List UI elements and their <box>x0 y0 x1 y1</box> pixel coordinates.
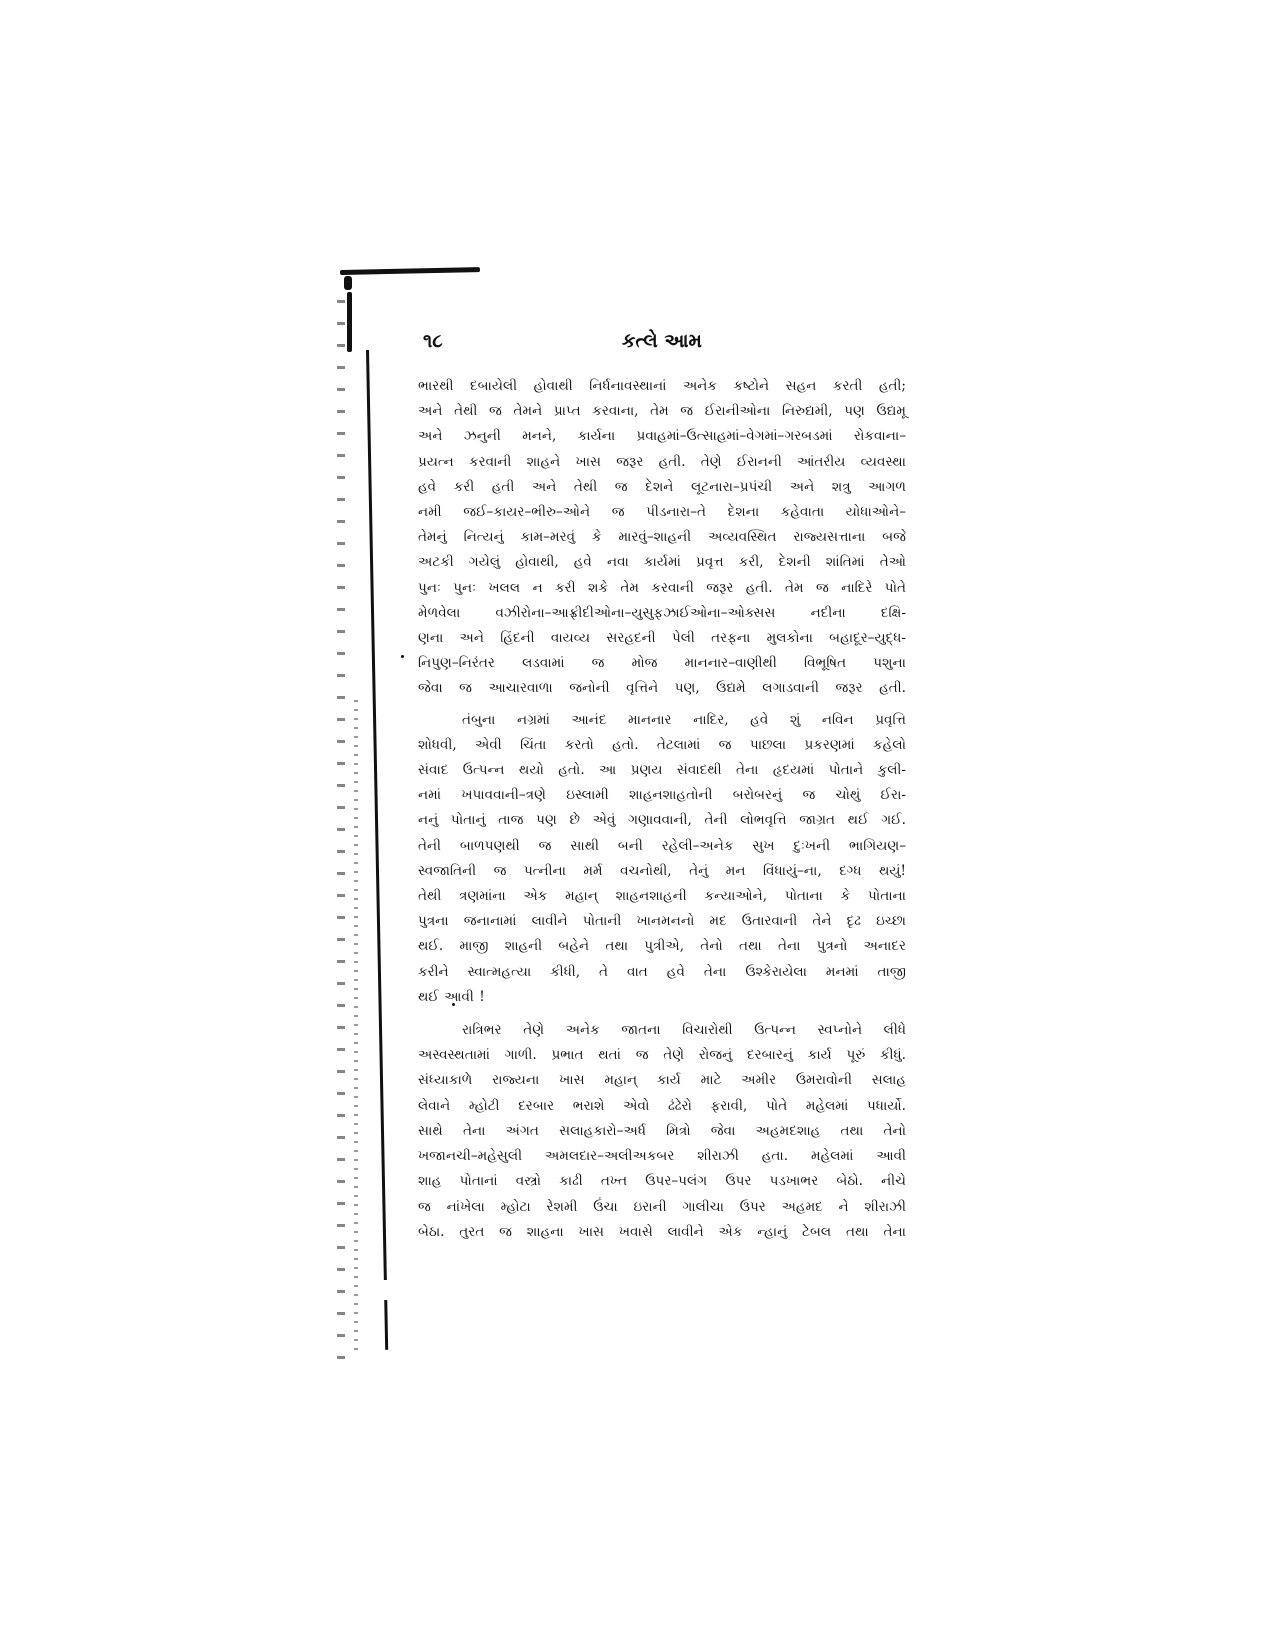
scan-border-top <box>340 267 480 275</box>
text-line: ભારથી દબાયેલી હોવાથી નિર્ધનાવસ્થાનાં અને… <box>418 374 906 399</box>
text-line: જ નાંખેલા મ્હોટા રેશમી ઉંચા ઇરાની ગાલીચા… <box>418 1195 906 1220</box>
book-title: કત્લે આમ <box>418 330 906 352</box>
page-edge-marks <box>337 300 345 1360</box>
text-line: ખજાનચી–મહેસુલી અમલદાર–અલીઅકબર શીરાઝી હતા… <box>418 1144 906 1169</box>
stray-mark <box>401 655 404 658</box>
text-line: થઈ આવી ! <box>418 985 906 1010</box>
text-line: કરીને સ્વાત્મહત્યા કીધી, તે વાત હવે તેના… <box>418 960 906 985</box>
text-line: તેની બાળપણથી જ સાથી બની રહેલી–અનેક સુખ દ… <box>418 834 906 859</box>
text-line: રાત્રિભર તેણે અનેક જાતના વિચારોથી ઉત્પન્… <box>418 1018 906 1043</box>
text-line: પુત્રના જનાનામાં લાવીને પોતાની ખાનમનનો મ… <box>418 909 906 934</box>
text-line: સંધ્યાકાળે રાજ્યના ખાસ મહાન્ કાર્ય માટે … <box>418 1068 906 1093</box>
text-line: અને તેથી જ તેમને પ્રાપ્ત કરવાના, તેમ જ ઈ… <box>418 399 906 424</box>
text-line: શોધવી, એવી ચિંતા કરતો હતો. તેટલામાં જ પા… <box>418 733 906 758</box>
text-line: હવે કરી હતી અને તેથી જ દેશને લૂટનારા–પ્ર… <box>418 475 906 500</box>
text-line: નનું પોતાનું તાજ પણ છે એવું ગણાવવાની, તે… <box>418 808 906 833</box>
text-line: નિપુણ–નિરંતર લડવામાં જ મોજ માનનાર–વાણીથી… <box>418 651 906 676</box>
paragraph-3: રાત્રિભર તેણે અનેક જાતના વિચારોથી ઉત્પન્… <box>418 1018 906 1245</box>
paragraph-1: ભારથી દબાયેલી હોવાથી નિર્ધનાવસ્થાનાં અને… <box>418 374 906 702</box>
page-gutter-line <box>366 350 388 1350</box>
scan-border-corner <box>344 276 352 290</box>
text-line: શાહ પોતાનાં વસ્ત્રો કાઢી તખ્ત ઉપર–પલંગ ઉ… <box>418 1169 906 1194</box>
text-line: અટકી ગયેલું હોવાથી, હવે નવા કાર્યમાં પ્ર… <box>418 550 906 575</box>
text-line: ણના અને હિંદની વાયવ્ય સરહદની પેલી તરફના … <box>418 626 906 651</box>
text-line: પુનઃ પુનઃ ખલલ ન કરી શકે તેમ કરવાની જરૂર … <box>418 576 906 601</box>
text-line: નમાં ખપાવવાની–ત્રણે ઇસ્લામી શાહનશાહતોની … <box>418 783 906 808</box>
text-line: જેવા જ આચારવાળા જનોની વૃત્તિને પણ, ઉદ્યમ… <box>418 676 906 701</box>
text-line: સંવાદ ઉત્પન્ન થયો હતો. આ પ્રણય સંવાદથી ત… <box>418 758 906 783</box>
text-line: તંબુના નગ્રમાં આનંદ માનનાર નાદિર, હવે શુ… <box>418 708 906 733</box>
text-line: તેમનું નિત્યનું કામ–મરવું કે મારવું–શાહન… <box>418 525 906 550</box>
text-line: સ્વજાતિની જ પત્નીના મર્મ વચનોથી, તેનું મ… <box>418 859 906 884</box>
text-line: થઈ. માજી શાહની બહેને તથા પુત્રીએ, તેનો ત… <box>418 934 906 959</box>
book-page: ૧૮ કત્લે આમ ભારથી દબાયેલી હોવાથી નિર્ધના… <box>418 330 906 1245</box>
text-line: લેવાને મ્હોટી દરબાર ભરાશે એવો ઢંઢેરો ફરા… <box>418 1094 906 1119</box>
text-line: અને ઝનુની મનને, કાર્યના પ્રવાહમાં–ઉત્સાહ… <box>418 424 906 449</box>
text-line: તેથી ત્રણમાંના એક મહાન્ શાહનશાહની કન્યાઓ… <box>418 884 906 909</box>
text-line: બેઠા. તુરત જ શાહના ખાસ ખવાસે લાવીને એક ન… <box>418 1220 906 1245</box>
page-edge-marks-inner <box>354 700 358 1350</box>
running-head: ૧૮ કત્લે આમ <box>418 330 906 364</box>
text-line: સાથે તેના અંગત સલાહકારો–અર્ધ મિત્રો જેવા… <box>418 1119 906 1144</box>
text-line: નમી જઈ–કાયર–ભીરુ–ઓને જ પીડનારા–તે દેશના … <box>418 500 906 525</box>
text-line: પ્રયત્ન કરવાની શાહને ખાસ જરૂર હતી. તેણે … <box>418 450 906 475</box>
text-line: મેળવેલા વઝીરોના–આફ્રીદીઓના–યુસુફઝાઈઓના–ઓ… <box>418 601 906 626</box>
text-line: અસ્વસ્થતામાં ગાળી. પ્રભાત થતાં જ તેણે રો… <box>418 1043 906 1068</box>
scan-spine-mark <box>347 292 352 352</box>
paragraph-2: તંબુના નગ્રમાં આનંદ માનનાર નાદિર, હવે શુ… <box>418 708 906 1010</box>
